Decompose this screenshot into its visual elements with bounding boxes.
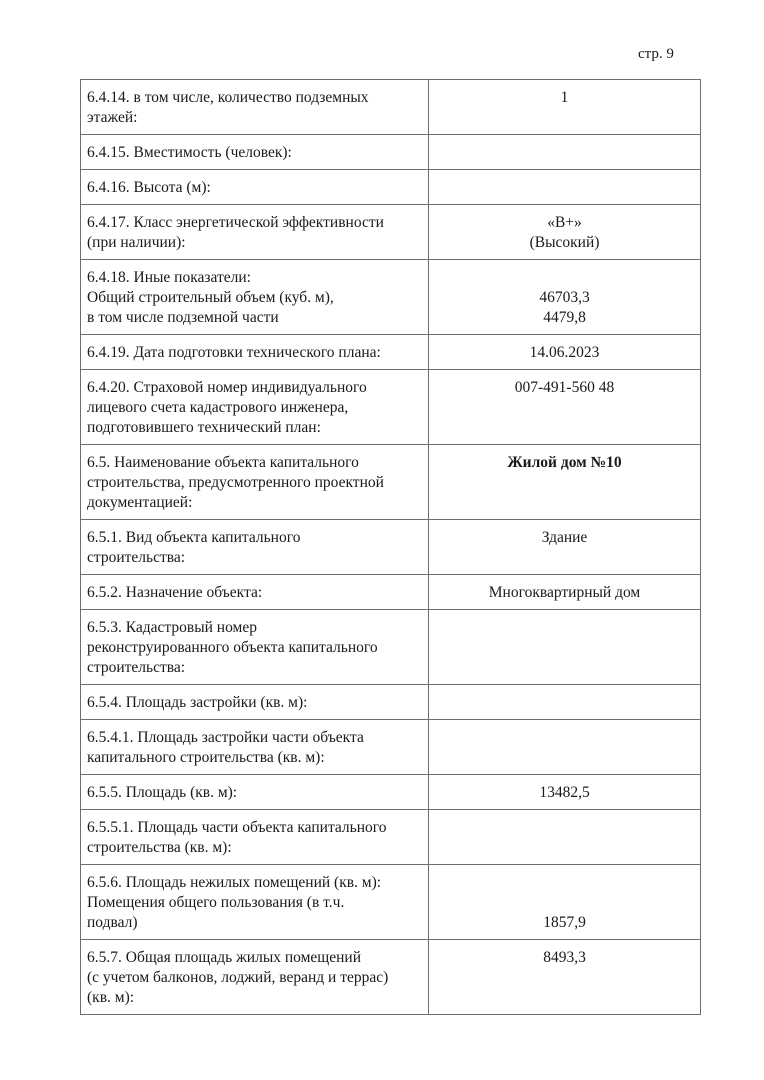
row-label: 6.5.1. Вид объекта капитального строител… — [81, 520, 429, 575]
row-label: 6.5.2. Назначение объекта: — [81, 575, 429, 610]
table-row: 6.5.1. Вид объекта капитального строител… — [81, 520, 701, 575]
row-label: 6.5.4.1. Площадь застройки части объекта… — [81, 720, 429, 775]
row-label: 6.5. Наименование объекта капитального с… — [81, 445, 429, 520]
table-row: 6.5.7. Общая площадь жилых помещений (с … — [81, 940, 701, 1015]
row-label: 6.5.6. Площадь нежилых помещений (кв. м)… — [81, 865, 429, 940]
row-value — [429, 170, 701, 205]
row-value: 1 — [429, 80, 701, 135]
row-value: 1857,9 — [429, 865, 701, 940]
table-row: 6.4.14. в том числе, количество подземны… — [81, 80, 701, 135]
table-row: 6.5.4.1. Площадь застройки части объекта… — [81, 720, 701, 775]
table-row: 6.4.18. Иные показатели: Общий строитель… — [81, 260, 701, 335]
row-label: 6.4.15. Вместимость (человек): — [81, 135, 429, 170]
table-row: 6.4.19. Дата подготовки технического пла… — [81, 335, 701, 370]
row-label: 6.4.20. Страховой номер индивидуального … — [81, 370, 429, 445]
row-value: 007-491-560 48 — [429, 370, 701, 445]
row-label: 6.5.3. Кадастровый номер реконструирован… — [81, 610, 429, 685]
row-label: 6.4.14. в том числе, количество подземны… — [81, 80, 429, 135]
row-value — [429, 810, 701, 865]
table-row: 6.5.4. Площадь застройки (кв. м): — [81, 685, 701, 720]
row-value: 13482,5 — [429, 775, 701, 810]
row-value — [429, 135, 701, 170]
row-value: 8493,3 — [429, 940, 701, 1015]
row-label: 6.5.5.1. Площадь части объекта капитальн… — [81, 810, 429, 865]
table-row: 6.5.5. Площадь (кв. м):13482,5 — [81, 775, 701, 810]
row-value — [429, 610, 701, 685]
row-value: Жилой дом №10 — [429, 445, 701, 520]
row-label: 6.5.5. Площадь (кв. м): — [81, 775, 429, 810]
row-value: 14.06.2023 — [429, 335, 701, 370]
row-value — [429, 720, 701, 775]
table-row: 6.4.16. Высота (м): — [81, 170, 701, 205]
table-row: 6.4.20. Страховой номер индивидуального … — [81, 370, 701, 445]
table-row: 6.5. Наименование объекта капитального с… — [81, 445, 701, 520]
row-value: 46703,3 4479,8 — [429, 260, 701, 335]
row-label: 6.4.17. Класс энергетической эффективнос… — [81, 205, 429, 260]
table-row: 6.5.3. Кадастровый номер реконструирован… — [81, 610, 701, 685]
row-label: 6.4.16. Высота (м): — [81, 170, 429, 205]
row-value: «В+» (Высокий) — [429, 205, 701, 260]
row-label: 6.5.7. Общая площадь жилых помещений (с … — [81, 940, 429, 1015]
table-row: 6.5.5.1. Площадь части объекта капитальн… — [81, 810, 701, 865]
row-value: Многоквартирный дом — [429, 575, 701, 610]
row-value — [429, 685, 701, 720]
row-label: 6.4.19. Дата подготовки технического пла… — [81, 335, 429, 370]
table-row: 6.4.17. Класс энергетической эффективнос… — [81, 205, 701, 260]
table-row: 6.5.2. Назначение объекта:Многоквартирны… — [81, 575, 701, 610]
table-row: 6.4.15. Вместимость (человек): — [81, 135, 701, 170]
row-label: 6.4.18. Иные показатели: Общий строитель… — [81, 260, 429, 335]
page-number: стр. 9 — [638, 45, 674, 63]
table-row: 6.5.6. Площадь нежилых помещений (кв. м)… — [81, 865, 701, 940]
row-value: Здание — [429, 520, 701, 575]
row-label: 6.5.4. Площадь застройки (кв. м): — [81, 685, 429, 720]
technical-plan-table: 6.4.14. в том числе, количество подземны… — [80, 79, 701, 1015]
